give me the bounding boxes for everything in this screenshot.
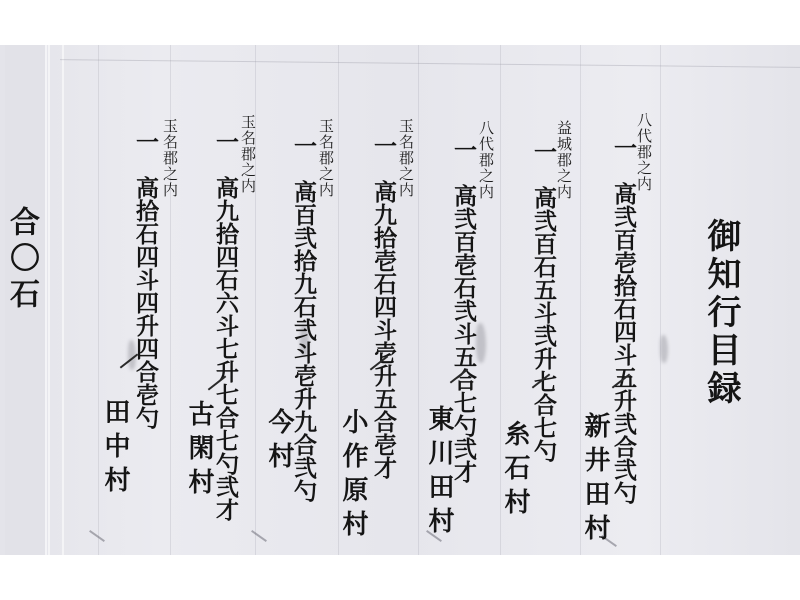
fold-mark: [89, 530, 105, 542]
entry-village: 東川田村: [426, 405, 452, 541]
fold-line: [48, 45, 50, 555]
entry-amount: 一 高九拾壱石四斗壱升五合壱才: [372, 134, 395, 479]
entry-amount: 一 高百弐拾九石弐斗壱升九合弐勺: [292, 134, 315, 502]
fold-line: [660, 45, 661, 555]
entry-amount: 一 高弐百壱拾石四斗五升弐合弐勺: [612, 136, 635, 504]
entry-district: 玉名郡之内: [398, 118, 413, 198]
top-crease: [60, 59, 800, 68]
total-label: 合〇石: [6, 206, 36, 314]
entry-village: 小作原村: [340, 408, 366, 544]
entry-district: 八代郡之内: [478, 120, 493, 200]
entry-village: 今村: [266, 408, 292, 476]
entry-district: 玉名郡之内: [162, 118, 177, 198]
entry-amount: 一 高弐百壱石弐斗五合七勺弐才: [452, 138, 475, 483]
ink-stain: [476, 323, 486, 363]
document-title: 御知行目録: [704, 218, 738, 408]
entry-village: 古閑村: [186, 400, 212, 502]
entry-district: 玉名郡之内: [240, 114, 255, 194]
ink-stain: [660, 335, 668, 363]
fold-line: [98, 45, 99, 555]
entry-district: 玉名郡之内: [318, 118, 333, 198]
entry-amount: 一 高九拾四石六斗七升七合七勺弐才: [214, 130, 237, 521]
fold-line: [62, 45, 64, 555]
fold-mark: [251, 530, 267, 542]
entry-village: 田中村: [102, 398, 128, 500]
entry-village: 新井田村: [582, 412, 608, 548]
entry-district: 八代郡之内: [636, 112, 651, 192]
entry-village: 糸石村: [502, 420, 528, 522]
entry-amount: 一 高弐百石五斗弐升七合七勺: [532, 140, 555, 462]
entry-district: 益城郡之内: [556, 120, 571, 200]
fold-line: [418, 45, 419, 555]
entry-amount: 一 高拾石四斗四升四合壱勺: [134, 130, 157, 429]
